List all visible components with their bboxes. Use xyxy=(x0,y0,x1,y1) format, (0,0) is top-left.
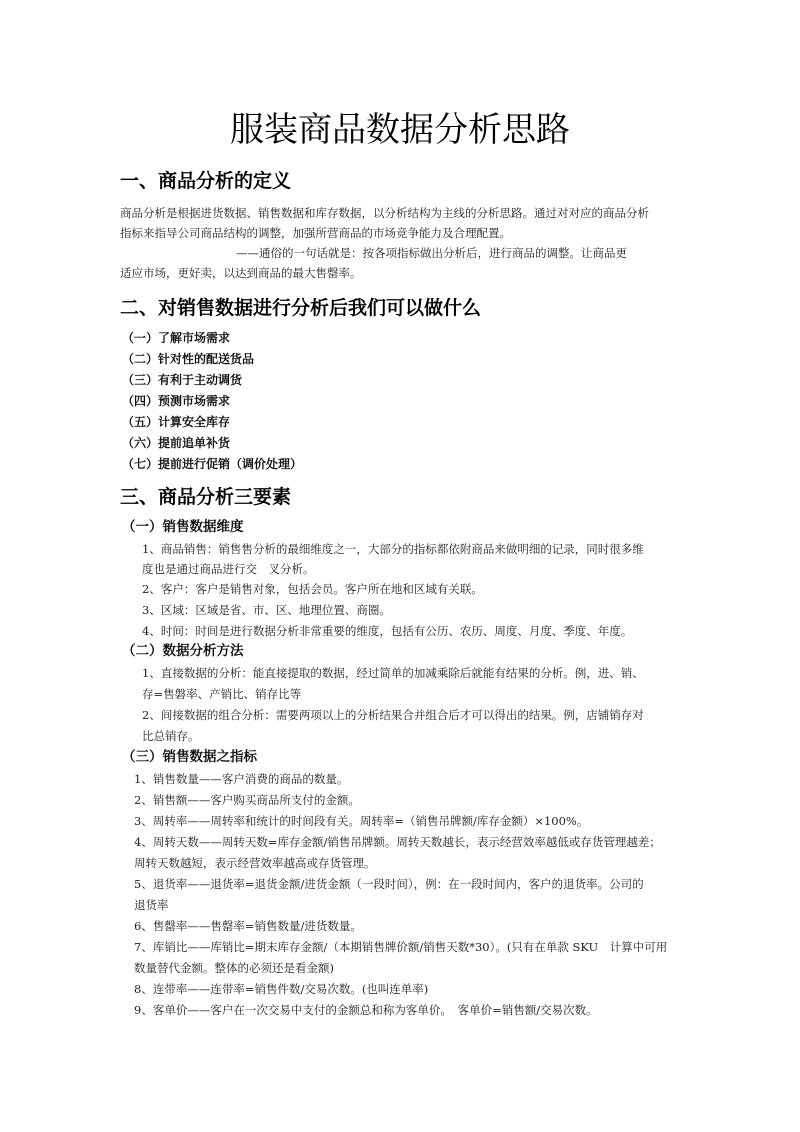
list-item: （一）了解市场需求 xyxy=(122,330,230,346)
paragraph-line: 比总销存。 xyxy=(142,729,200,743)
paragraph-line: 商品分析是根据进货数据、销售数据和库存数据，以分析结构为主线的分析思路。通过对对… xyxy=(120,206,649,220)
paragraph-line: 1、商品销售：销售售分析的最细维度之一，大部分的指标都依附商品来做明细的记录，同… xyxy=(142,542,644,556)
document-title: 服装商品数据分析思路 xyxy=(0,108,800,152)
subsection-heading: （一）销售数据维度 xyxy=(122,518,244,536)
list-item: （六）提前追单补货 xyxy=(122,435,230,451)
paragraph-line: 3、区域：区域是省、市、区、地理位置、商圈。 xyxy=(142,603,391,617)
paragraph-line: 9、客单价——客户在一次交易中支付的金额总和称为客单价。 客单价=销售额/交易次… xyxy=(134,1003,598,1017)
paragraph-line: 1、销售数量——客户消费的商品的数量。 xyxy=(134,772,348,786)
document-page: 服装商品数据分析思路 一、商品分析的定义 商品分析是根据进货数据、销售数据和库存… xyxy=(0,0,800,1132)
paragraph-line: 4、周转天数——周转天数=库存金额/销售吊牌额。周转天数越长，表示经营效率越低或… xyxy=(134,835,661,849)
paragraph-line: 2、客户：客户是销售对象，包括会员。客户所在地和区域有关联。 xyxy=(142,582,483,596)
paragraph-line: 2、间接数据的组合分析：需要两项以上的分析结果合并组合后才可以得出的结果。例，店… xyxy=(142,708,644,722)
section-heading-three-elements: 三、商品分析三要素 xyxy=(120,484,291,510)
paragraph-line: 4、时间：时间是进行数据分析非常重要的维度，包括有公历、农历、周度、月度、季度、… xyxy=(142,624,632,638)
paragraph-line: 适应市场，更好卖，以达到商品的最大售罄率。 xyxy=(120,266,362,280)
section-heading-uses: 二、对销售数据进行分析后我们可以做什么 xyxy=(120,295,481,321)
paragraph-line: 1、直接数据的分析：能直接提取的数据，经过简单的加减乘除后就能有结果的分析。例，… xyxy=(142,666,644,680)
paragraph-line: 2、销售额——客户购买商品所支付的金额。 xyxy=(134,793,360,807)
paragraph-line: 5、退货率——退货率=退货金额/进货金额（一段时间），例：在一段时间内，客户的退… xyxy=(134,877,644,891)
paragraph-line: 数量替代金额。整体的必须还是看金额) xyxy=(134,961,334,975)
section-heading-definition: 一、商品分析的定义 xyxy=(120,168,291,194)
paragraph-line: 3、周转率——周转率和统计的时间段有关。周转率=（销售吊牌额/库存金额）×100… xyxy=(134,814,588,828)
paragraph-line: 6、售罄率——售罄率=销售数量/进货数量。 xyxy=(134,919,362,933)
list-item: （二）针对性的配送货品 xyxy=(122,351,254,367)
paragraph-line: 存=售磐率、产销比、销存比等 xyxy=(142,687,301,701)
paragraph-line: 指标来指导公司商品结构的调整，加强所营商品的市场竞争能力及合理配置。 xyxy=(120,226,511,240)
list-item: （三）有利于主动调货 xyxy=(122,372,242,388)
subsection-heading: （二）数据分析方法 xyxy=(122,642,244,660)
paragraph-line: 周转天数越短，表示经营效率越高或存货管理。 xyxy=(134,856,376,870)
list-item: （四）预测市场需求 xyxy=(122,393,230,409)
list-item: （七）提前进行促销（调价处理） xyxy=(122,456,302,472)
subsection-heading: （三）销售数据之指标 xyxy=(122,748,257,766)
paragraph-line: 度也是通过商品进行交 叉分析。 xyxy=(142,562,315,576)
paragraph-line: 退货率 xyxy=(134,898,169,912)
paragraph-line: ——通俗的一句话就是：按各项指标做出分析后，进行商品的调整。让商品更 xyxy=(236,246,627,260)
paragraph-line: 8、连带率——连带率=销售件数/交易次数。(也叫连单率) xyxy=(134,982,428,996)
list-item: （五）计算安全库存 xyxy=(122,414,230,430)
paragraph-line: 7、库销比——库销比=期末库存金额/（本期销售牌价额/销售天数*30）。(只有在… xyxy=(134,940,667,954)
